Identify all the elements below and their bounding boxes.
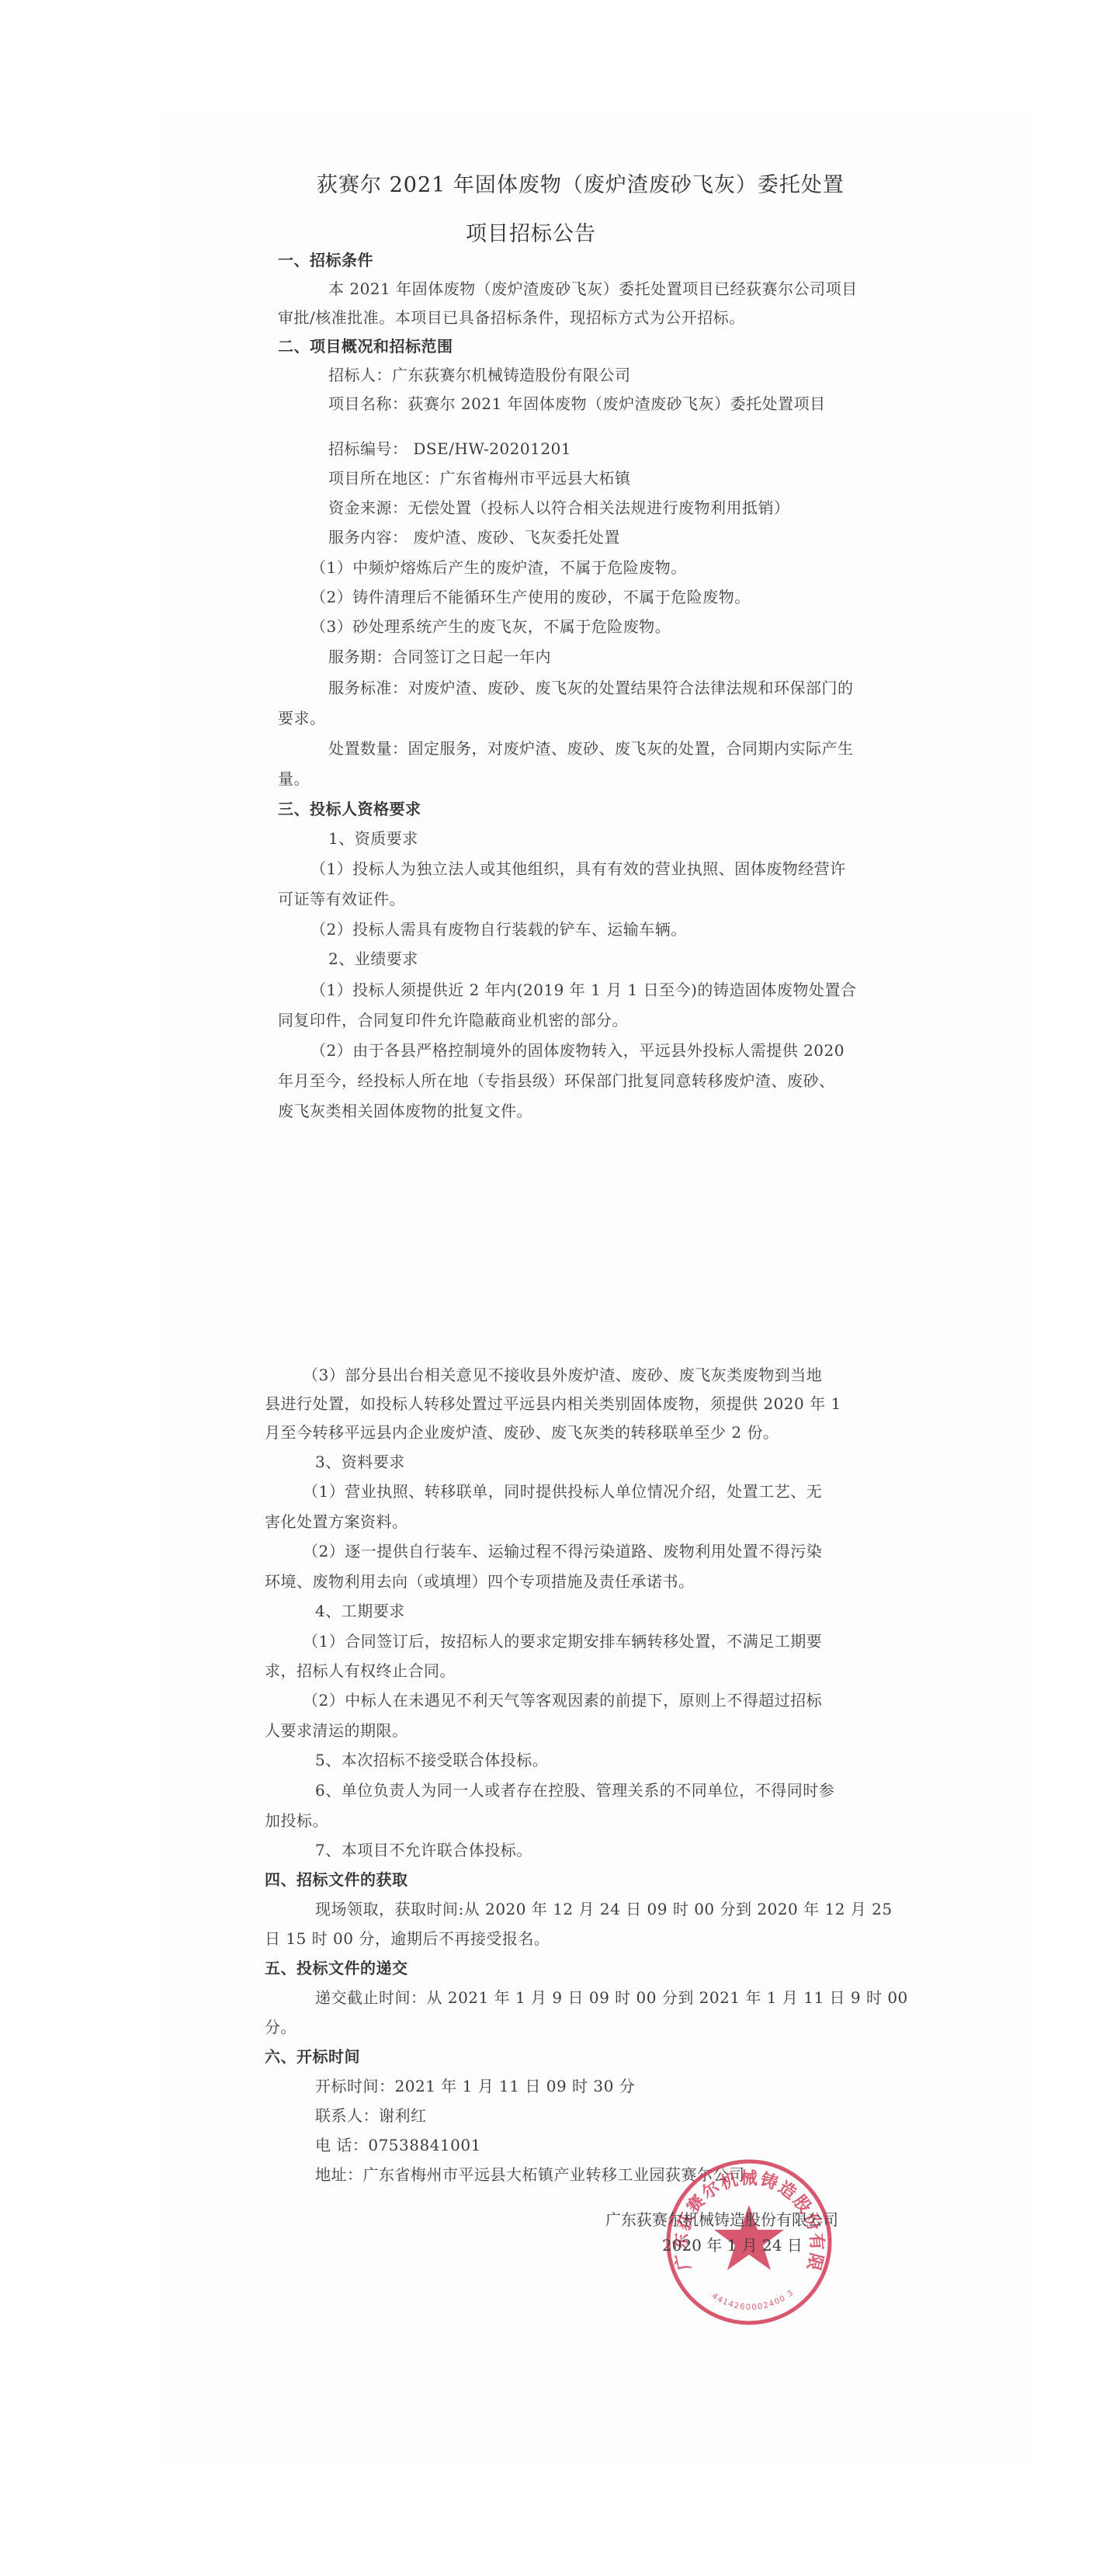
signature-date: 2020 年 1 月 24 日 [662, 2235, 803, 2255]
body-text-line: 害化处置方案资料。 [265, 1512, 408, 1532]
body-text-line: （1）合同签订后，按招标人的要求定期安排车辆转移处置，不满足工期要 [303, 1631, 822, 1651]
body-text-line: （1）投标人须提供近 2 年内(2019 年 1 月 1 日至今)的铸造固体废物… [310, 980, 856, 1000]
body-text-line: 7、本项目不允许联合体投标。 [315, 1840, 532, 1860]
body-text-line: 联系人：谢利红 [315, 2106, 427, 2126]
section-heading: 五、投标文件的递交 [265, 1958, 408, 1978]
body-text-line: 日 15 时 00 分，逾期后不再接受报名。 [265, 1929, 550, 1949]
body-text-line: （2）逐一提供自行装车、运输过程不得污染道路、废物利用处置不得污染 [303, 1541, 822, 1561]
body-text-line: 环境、废物利用去向（或填埋）四个专项措施及责任承诺书。 [265, 1571, 695, 1592]
body-text-line: 4、工期要求 [315, 1601, 405, 1621]
body-text-line: 量。 [278, 769, 310, 789]
body-text-line: （2）投标人需具有废物自行装载的铲车、运输车辆。 [310, 919, 687, 939]
body-text-line: （3）部分县出台相关意见不接收县外废炉渣、废砂、废飞灰类废物到当地 [303, 1365, 822, 1385]
body-text-line: 年月至今，经投标人所在地（专指县级）环保部门批复同意转移废炉渣、废砂、 [278, 1071, 835, 1091]
body-text-line: 处置数量：固定服务，对废炉渣、废砂、废飞灰的处置，合同期内实际产生 [328, 738, 854, 759]
body-text-line: （1）营业执照、转移联单，同时提供投标人单位情况介绍，处置工艺、无 [303, 1481, 822, 1502]
body-text-line: 现场领取，获取时间:从 2020 年 12 月 24 日 09 时 00 分到 … [315, 1899, 893, 1919]
body-text-line: 项目所在地区：广东省梅州市平远县大柘镇 [328, 468, 631, 488]
document-title-line1: 荻赛尔 2021 年固体废物（废炉渣废砂飞灰）委托处置 [317, 172, 845, 199]
body-text-line: 2、业绩要求 [328, 949, 418, 969]
section-heading: 三、投标人资格要求 [278, 799, 421, 819]
body-text-line: 求，招标人有权终止合同。 [265, 1661, 456, 1681]
body-text-line: 资金来源：无偿处置（投标人以符合相关法规进行废物利用抵销） [328, 498, 790, 518]
body-text-line: 招标人：广东荻赛尔机械铸造股份有限公司 [328, 365, 631, 385]
section-heading: 六、开标时间 [265, 2047, 360, 2067]
document-title-line2: 项目招标公告 [466, 221, 596, 248]
body-text-line: 服务内容： 废炉渣、废砂、飞灰委托处置 [328, 527, 620, 547]
body-text-line: （1）中频炉熔炼后产生的废炉渣，不属于危险废物。 [310, 557, 687, 578]
section-heading: 二、项目概况和招标范围 [278, 336, 453, 356]
body-text-line: 废飞灰类相关固体废物的批复文件。 [278, 1101, 532, 1121]
body-text-line: 6、单位负责人为同一人或者存在控股、管理关系的不同单位，不得同时参 [315, 1780, 834, 1800]
body-text-line: 5、本次招标不接受联合体投标。 [315, 1750, 548, 1770]
body-text-line: 分。 [265, 2017, 297, 2037]
body-text-line: 招标编号： DSE/HW-20201201 [328, 439, 571, 459]
body-text-line: 月至今转移平远县内企业废炉渣、废砂、废飞灰类的转移联单至少 2 份。 [265, 1422, 779, 1442]
body-text-line: 递交截止时间：从 2021 年 1 月 9 日 09 时 00 分到 2021 … [315, 1988, 908, 2008]
body-text-line: 1、资质要求 [328, 828, 418, 849]
section-heading: 四、招标文件的获取 [265, 1870, 408, 1890]
body-text-line: 人要求清运的期限。 [265, 1720, 408, 1741]
body-text-line: 项目名称：荻赛尔 2021 年固体废物（废炉渣废砂飞灰）委托处置项目 [328, 394, 826, 414]
body-text-line: 县进行处置，如投标人转移处置过平远县内相关类别固体废物，须提供 2020 年 1 [265, 1394, 841, 1414]
body-text-line: （1）投标人为独立法人或其他组织，具有有效的营业执照、固体废物经营许 [310, 859, 846, 879]
body-text-line: （2）由于各县严格控制境外的固体废物转入，平远县外投标人需提供 2020 [310, 1040, 845, 1061]
body-text-line: 同复印件，合同复印件允许隐蔽商业机密的部分。 [278, 1010, 628, 1030]
body-text-line: 地址：广东省梅州市平远县大柘镇产业转移工业园荻赛尔公司 [315, 2165, 745, 2185]
body-text-line: 电 话：07538841001 [315, 2135, 481, 2155]
body-text-line: 要求。 [278, 708, 326, 728]
section-heading: 一、招标条件 [278, 250, 373, 270]
body-text-line: 开标时间：2021 年 1 月 11 日 09 时 30 分 [315, 2076, 635, 2096]
body-text-line: （2）铸件清理后不能循环生产使用的废砂，不属于危险废物。 [310, 587, 751, 607]
document-page [163, 113, 1031, 2465]
signature-company: 广东荻赛尔机械铸造股份有限公司 [605, 2210, 838, 2230]
body-text-line: 审批/核准批准。本项目已具备招标条件，现招标方式为公开招标。 [278, 307, 745, 328]
body-text-line: 可证等有效证件。 [278, 889, 405, 909]
body-text-line: （3）砂处理系统产生的废飞灰，不属于危险废物。 [310, 616, 671, 637]
body-text-line: 服务期：合同签订之日起一年内 [328, 647, 551, 667]
body-text-line: 加投标。 [265, 1810, 328, 1831]
body-text-line: 服务标准：对废炉渣、废砂、废飞灰的处置结果符合法律法规和环保部门的 [328, 678, 854, 698]
body-text-line: 3、资料要求 [315, 1452, 405, 1472]
body-text-line: 本 2021 年固体废物（废炉渣废砂飞灰）委托处置项目已经荻赛尔公司项目 [328, 279, 858, 299]
body-text-line: （2）中标人在未遇见不利天气等客观因素的前提下，原则上不得超过招标 [303, 1690, 822, 1710]
